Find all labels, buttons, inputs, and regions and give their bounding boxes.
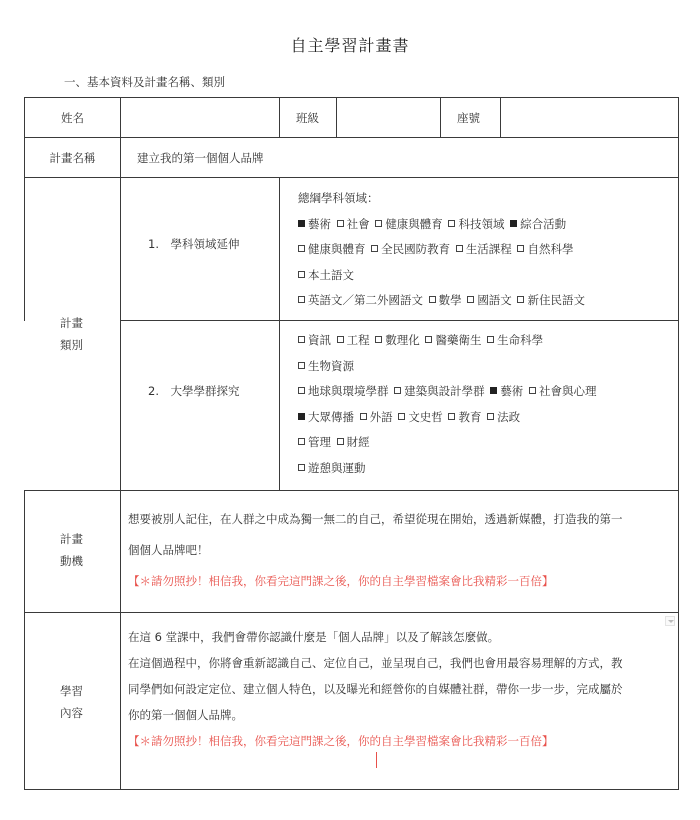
checkbox-icon[interactable] (529, 387, 536, 394)
option-health-pe-2[interactable]: 健康與體育 (298, 242, 366, 256)
checkbox-icon[interactable] (448, 413, 455, 420)
option-native-language[interactable]: 本土語文 (298, 268, 354, 282)
checkbox-icon[interactable] (487, 413, 494, 420)
document-title: 自主學習計畫書 (0, 33, 700, 56)
row-line (24, 490, 679, 491)
learning-line: 在這 6 堂課中，我們會帶你認識什麼是「個人品牌」以及了解該怎麼做。 (128, 624, 623, 650)
option-foreign-language[interactable]: 外語 (360, 410, 393, 424)
checkbox-icon[interactable] (298, 296, 305, 303)
checkbox-icon[interactable] (298, 387, 305, 394)
checkbox-icon[interactable] (517, 245, 524, 252)
university-groups-options: 資訊 工程 數理化 醫藥衛生 生命科學 生物資源 地球與環境學群 建築與設計學群… (298, 328, 598, 481)
option-life-science[interactable]: 生命科學 (487, 333, 543, 347)
row-line (24, 789, 679, 790)
checkbox-icon[interactable] (517, 296, 524, 303)
option-management[interactable]: 管理 (298, 435, 331, 449)
checkbox-icon[interactable] (398, 413, 405, 420)
option-engineering[interactable]: 工程 (337, 333, 370, 347)
checkbox-checked-icon[interactable] (298, 220, 305, 227)
option-english[interactable]: 英語文／第二外國語文 (298, 293, 423, 307)
checkbox-icon[interactable] (298, 336, 305, 343)
checkbox-icon[interactable] (448, 220, 455, 227)
checkbox-icon[interactable] (298, 464, 305, 471)
option-new-immigrant-language[interactable]: 新住民語文 (517, 293, 585, 307)
option-law-politics[interactable]: 法政 (487, 410, 520, 424)
seat-label: 座號 (457, 110, 480, 126)
learning-line: 在這個過程中，你將會重新認識自己、定位自己，並呈現自己，我們也會用最容易理解的方… (128, 650, 623, 676)
row-line (24, 137, 679, 138)
col-line (24, 97, 25, 321)
checkbox-icon[interactable] (298, 245, 305, 252)
checkbox-icon[interactable] (360, 413, 367, 420)
checkbox-icon[interactable] (375, 336, 382, 343)
group-row: 管理 財經 (298, 430, 598, 456)
text-cursor (376, 752, 377, 768)
option-math[interactable]: 數學 (429, 293, 462, 307)
checkbox-icon[interactable] (429, 296, 436, 303)
subject-row: 英語文／第二外國語文 數學 國語文 新住民語文 (298, 288, 587, 314)
option-medicine[interactable]: 醫藥衛生 (425, 333, 481, 347)
motivation-text[interactable]: 想要被別人記住，在人群之中成為獨一無二的自己，希望從現在開始，透過新媒體，打造我… (128, 504, 623, 597)
subject-row: 健康與體育 全民國防教育 生活課程 自然科學 (298, 237, 587, 263)
col-line (279, 97, 280, 137)
option-bio-resources[interactable]: 生物資源 (298, 359, 354, 373)
checkbox-icon[interactable] (337, 336, 344, 343)
col-line (120, 97, 121, 790)
option-health-pe[interactable]: 健康與體育 (375, 217, 443, 231)
checkbox-icon[interactable] (456, 245, 463, 252)
option-earth-environment[interactable]: 地球與環境學群 (298, 384, 389, 398)
option-defense[interactable]: 全民國防教育 (371, 242, 450, 256)
checkbox-icon[interactable] (425, 336, 432, 343)
class-label: 班級 (296, 110, 319, 126)
plan-category-label: 計畫 類別 (60, 312, 83, 356)
group-row: 生物資源 (298, 354, 598, 380)
motivation-line: 個個人品牌吧！ (128, 535, 623, 566)
class-field[interactable] (337, 98, 440, 137)
option-finance[interactable]: 財經 (337, 435, 370, 449)
learning-content-text[interactable]: 在這 6 堂課中，我們會帶你認識什麼是「個人品牌」以及了解該怎麼做。 在這個過程… (128, 624, 623, 754)
learning-content-label: 學習 內容 (60, 680, 83, 724)
name-field[interactable] (121, 98, 279, 137)
motivation-label: 計畫 動機 (60, 528, 83, 572)
subject-extension-label: 1. 學科領域延伸 (148, 236, 239, 252)
option-arts-group[interactable]: 藝術 (490, 384, 523, 398)
checkbox-checked-icon[interactable] (510, 220, 517, 227)
option-mass-communication[interactable]: 大眾傳播 (298, 410, 354, 424)
option-it[interactable]: 資訊 (298, 333, 331, 347)
col-line (24, 490, 25, 790)
col-line (440, 97, 441, 137)
group-row: 資訊 工程 數理化 醫藥衛生 生命科學 (298, 328, 598, 354)
subject-extension-options: 總綱學科領域： 藝術 社會 健康與體育 科技領域 綜合活動 健康與體育 全民國防… (298, 186, 587, 314)
name-label: 姓名 (25, 110, 120, 126)
row-line (120, 320, 679, 321)
section-heading: 一、基本資料及計畫名稱、類別 (64, 74, 225, 90)
option-math-physics-chem[interactable]: 數理化 (375, 333, 420, 347)
learning-warning: 【＊請勿照抄！相信我，你看完這門課之後，你的自主學習檔案會比我精彩一百倍】 (128, 728, 623, 754)
option-society[interactable]: 社會 (337, 217, 370, 231)
option-integrative[interactable]: 綜合活動 (510, 217, 566, 231)
option-humanities[interactable]: 文史哲 (398, 410, 443, 424)
row-line (24, 612, 679, 613)
checkbox-icon[interactable] (375, 220, 382, 227)
group-row: 地球與環境學群 建築與設計學群 藝術 社會與心理 (298, 379, 598, 405)
col-line (678, 97, 679, 790)
checkbox-checked-icon[interactable] (298, 413, 305, 420)
option-social-psychology[interactable]: 社會與心理 (529, 384, 597, 398)
learning-line: 你的第一個個人品牌。 (128, 702, 623, 728)
motivation-line: 想要被別人記住，在人群之中成為獨一無二的自己，希望從現在開始，透過新媒體，打造我… (128, 504, 623, 535)
option-science[interactable]: 自然科學 (517, 242, 573, 256)
option-life-course[interactable]: 生活課程 (456, 242, 512, 256)
group-row: 大眾傳播 外語 文史哲 教育 法政 (298, 405, 598, 431)
learning-line: 同學們如何設定定位、建立個人特色，以及曝光和經營你的自媒體社群，帶你一步一步，完… (128, 676, 623, 702)
checkbox-icon[interactable] (394, 387, 401, 394)
checkbox-icon[interactable] (487, 336, 494, 343)
option-arts[interactable]: 藝術 (298, 217, 331, 231)
option-recreation-sports[interactable]: 遊憩與運動 (298, 461, 366, 475)
option-chinese[interactable]: 國語文 (467, 293, 512, 307)
subject-row: 本土語文 (298, 263, 587, 289)
checkbox-icon[interactable] (371, 245, 378, 252)
motivation-warning: 【＊請勿照抄！相信我，你看完這門課之後，你的自主學習檔案會比我精彩一百倍】 (128, 566, 623, 597)
checkbox-icon[interactable] (298, 271, 305, 278)
checkbox-icon[interactable] (467, 296, 474, 303)
group-row: 遊憩與運動 (298, 456, 598, 482)
plan-category-label-line1: 計畫 (60, 312, 83, 334)
option-education[interactable]: 教育 (448, 410, 481, 424)
checkbox-icon[interactable] (298, 438, 305, 445)
checkbox-icon[interactable] (337, 220, 344, 227)
plan-name-value[interactable]: 建立我的第一個個人品牌 (137, 150, 264, 166)
seat-field[interactable] (501, 98, 678, 137)
option-architecture-design[interactable]: 建築與設計學群 (394, 384, 485, 398)
dropdown-arrow-icon[interactable] (665, 616, 675, 626)
checkbox-icon[interactable] (298, 362, 305, 369)
university-groups-label: 2. 大學學群探究 (148, 383, 239, 399)
col-line (279, 177, 280, 490)
checkbox-icon[interactable] (337, 438, 344, 445)
option-technology[interactable]: 科技領域 (448, 217, 504, 231)
row-line (24, 177, 679, 178)
checkbox-checked-icon[interactable] (490, 387, 497, 394)
plan-name-label: 計畫名稱 (25, 150, 120, 166)
subject-row: 藝術 社會 健康與體育 科技領域 綜合活動 (298, 212, 587, 238)
plan-category-label-line2: 類別 (60, 334, 83, 356)
subject-heading: 總綱學科領域： (298, 186, 587, 212)
